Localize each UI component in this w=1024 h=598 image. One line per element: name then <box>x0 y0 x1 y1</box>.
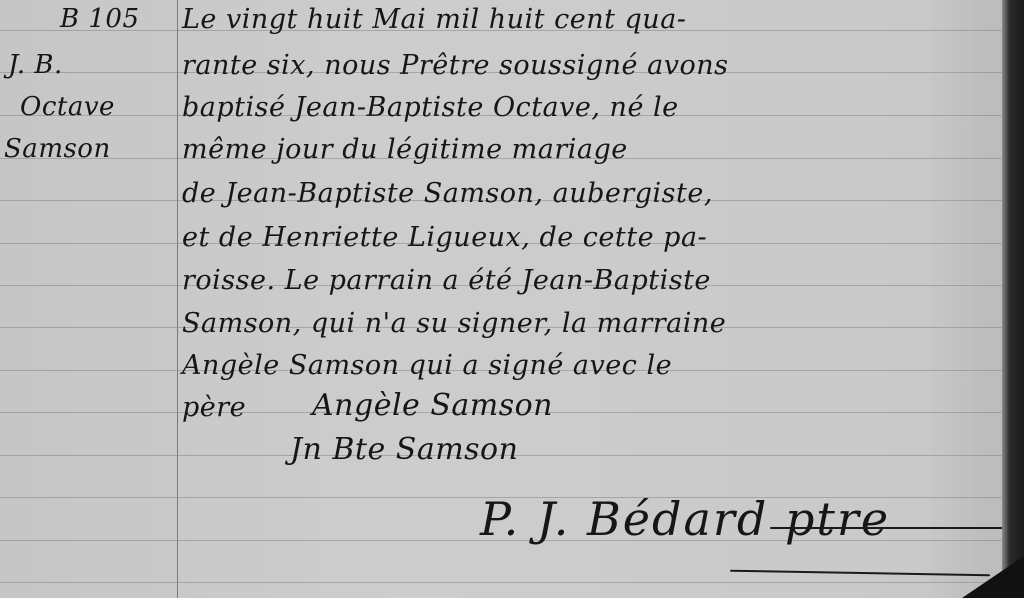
priest-signature: P. J. Bédard ptre <box>480 492 890 546</box>
body-line: de Jean-Baptiste Samson, aubergiste, <box>182 178 713 209</box>
margin-line <box>177 0 178 598</box>
page-corner-shadow <box>962 556 1024 598</box>
body-line: père <box>182 392 246 423</box>
godmother-signature: Angèle Samson <box>312 388 553 423</box>
body-line: Le vingt huit Mai mil huit cent qua- <box>182 4 686 35</box>
body-line: Samson, qui n'a su signer, la marraine <box>182 308 726 339</box>
signature-underline <box>770 527 1010 529</box>
margin-name-line: J. B. <box>8 50 63 80</box>
body-line: baptisé Jean-Baptiste Octave, né le <box>182 92 679 123</box>
entry-number: B 105 <box>60 4 140 34</box>
father-signature: Jn Bte Samson <box>290 432 518 467</box>
margin-name-line: Samson <box>4 134 111 164</box>
body-line: même jour du légitime mariage <box>182 134 628 165</box>
signature-flourish <box>730 570 990 577</box>
ruled-line <box>0 582 1006 583</box>
page-binding-edge <box>1002 0 1024 598</box>
body-line: et de Henriette Ligueux, de cette pa- <box>182 222 707 253</box>
body-line: Angèle Samson qui a signé avec le <box>182 350 672 381</box>
register-page: B 105 J. B. Octave Samson Le vingt huit … <box>0 0 1024 598</box>
body-line: rante six, nous Prêtre soussigné avons <box>182 50 728 81</box>
margin-name-line: Octave <box>20 92 115 122</box>
body-line: roisse. Le parrain a été Jean-Baptiste <box>182 265 711 296</box>
